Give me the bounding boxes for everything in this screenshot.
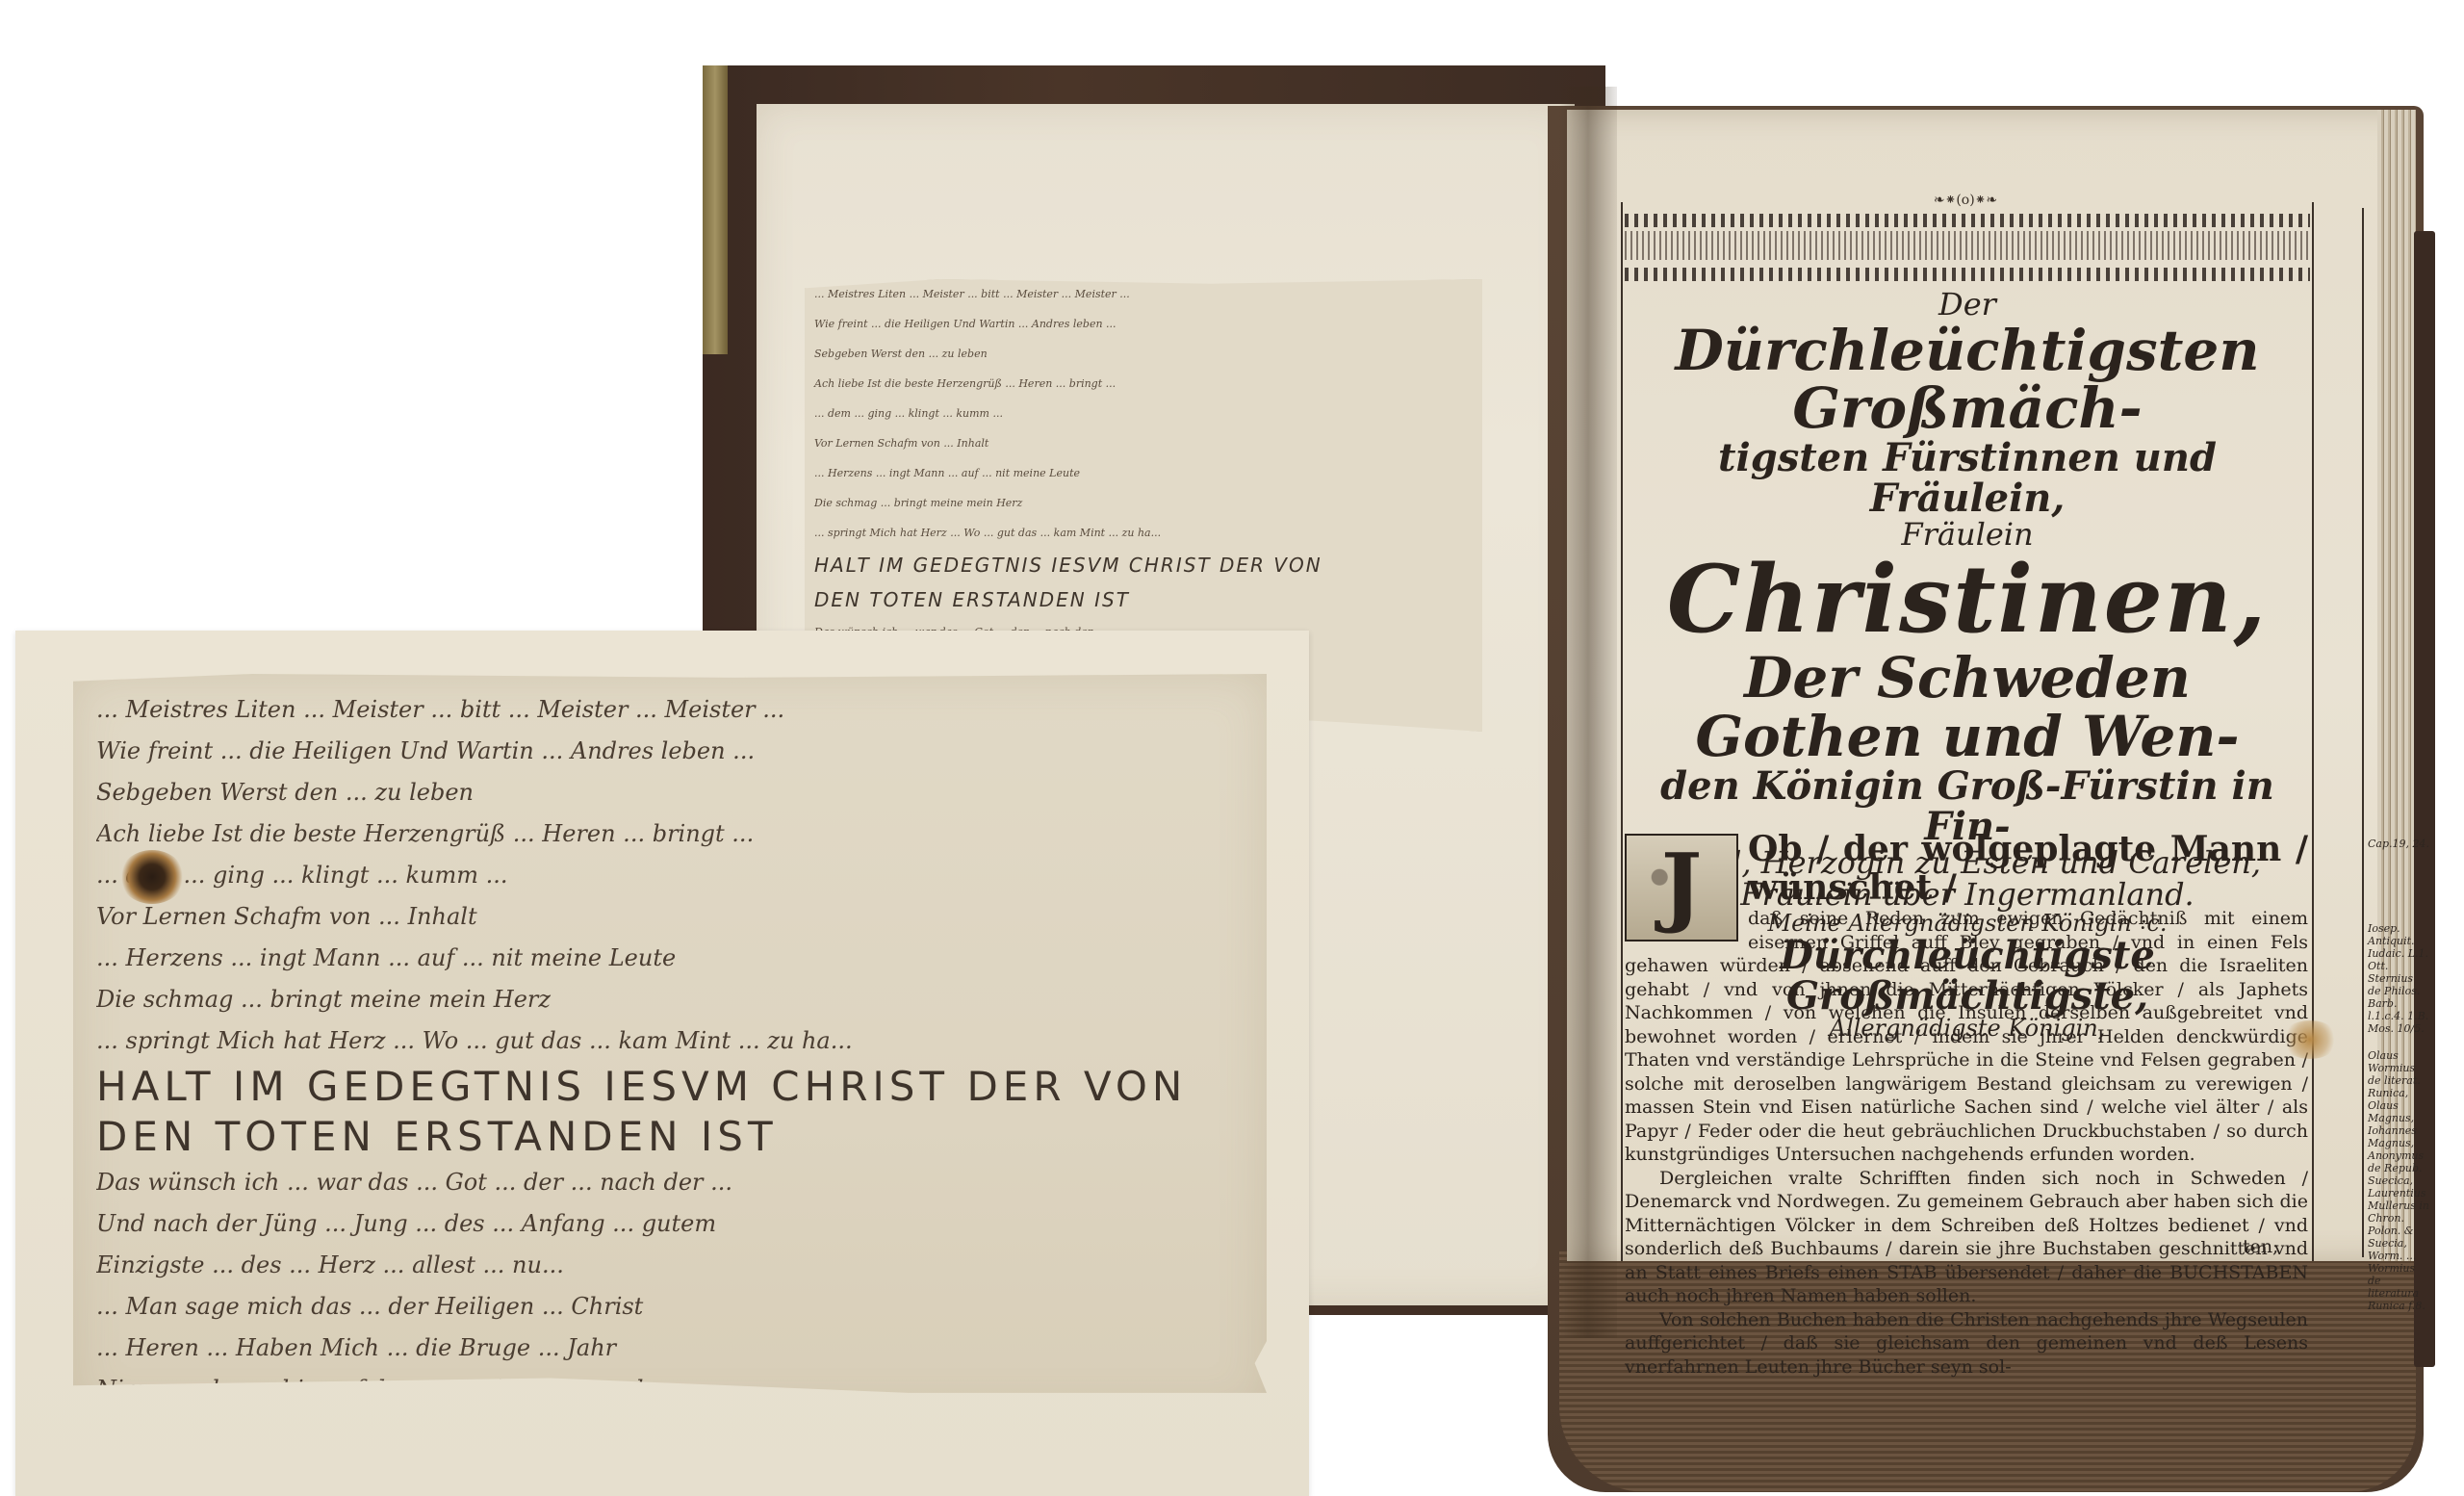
handwriting-line: ... Herzens ... ingt Mann ... auf ... ni… (96, 938, 1247, 979)
title-line: tigsten Fürstinnen und Fräulein, (1625, 438, 2310, 519)
paragraph: daß seine Reden zum ewigen Gedächtniß mi… (1625, 908, 2308, 1165)
handwriting-line: ... Meistres Liten ... Meister ... bitt … (96, 689, 1247, 731)
handwriting-line: ... dem ... ging ... klingt ... kumm ... (96, 855, 1247, 896)
handwriting-line: Ach liebe Ist die beste Herzengrüß ... H… (805, 369, 1482, 399)
ink-blot (119, 850, 185, 904)
capitals-line: HALT IM GEDEGTNIS IESVM CHRIST DER VON (96, 1062, 1247, 1112)
handwriting-line: Und nach der Jüng ... Jung ... des ... A… (96, 1203, 1247, 1245)
title-line: Dürchleüchtigsten Großmäch- (1625, 322, 2310, 439)
handwriting-line: Sebgeben Werst den ... zu leben (805, 339, 1482, 369)
printed-body-text: J Ob / der wolgeplagte Mann / wünschet /… (1625, 830, 2308, 1379)
capitals-line: DEN TOTEN ERSTANDEN IST (96, 1112, 1247, 1162)
foxing-stain (2281, 1020, 2339, 1059)
handwriting-line: Ach liebe Ist die beste Herzengrüß ... H… (96, 813, 1247, 855)
capitals-line: HALT IM GEDEGTNIS IESVM CHRIST DER VON (805, 548, 1482, 582)
handwriting-line: ... dem ... ging ... klingt ... kumm ... (805, 399, 1482, 428)
brass-corner-fitting (703, 65, 728, 354)
handwriting-line: Vor Lernen Schafm von ... Inhalt (805, 428, 1482, 458)
paragraph: Dergleichen vralte Schrifften finden sic… (1625, 1167, 2308, 1308)
handwriting-line: ... Man sage mich das ... der Heiligen .… (96, 1286, 1247, 1328)
handwriting-line: Wie freint ... die Heiligen Und Wartin .… (805, 309, 1482, 339)
handwriting-line: Sebgeben Werst den ... zu leben (96, 772, 1247, 813)
capitals-line: DEN TOTEN ERSTANDEN IST (805, 582, 1482, 617)
handwriting-line: Die schmag ... bringt meine mein Herz (805, 488, 1482, 518)
decorative-border-band (1625, 214, 2310, 281)
handwriting-line: ... Heren ... Haben Mich ... die Bruge .… (96, 1328, 1247, 1369)
handwriting-line: ... Meistres Liten ... Meister ... bitt … (805, 279, 1482, 309)
marginal-note: Cap.19, 24. (2368, 838, 2429, 850)
catchword: ten; (2243, 1236, 2279, 1257)
handwriting-line: ... springt Mich hat Herz ... Wo ... gut… (96, 1020, 1247, 1062)
marginal-note: Olaus Wormius de literat. Runica, Olaus … (2368, 1049, 2429, 1312)
header-ornament: ❧⁕(o)⁕❧ (1621, 193, 2310, 208)
handwriting-line: Das wünsch ich ... war das ... Got ... d… (96, 1162, 1247, 1203)
marginal-rule (2362, 208, 2364, 1257)
handwriting-line: ... springt Mich hat Herz ... Wo ... gut… (805, 518, 1482, 548)
handwriting-line: Die schmag ... bringt meine mein Herz (96, 979, 1247, 1020)
enlarged-handwritten-note: ... Meistres Liten ... Meister ... bitt … (73, 674, 1267, 1415)
handwriting-line: Wie freint ... die Heiligen Und Wartin .… (96, 731, 1247, 772)
historiated-initial: J (1625, 834, 1738, 941)
handwriting-line: Einzigste ... des ... Herz ... allest ..… (96, 1245, 1247, 1286)
handwriting-line: ... Herzens ... ingt Mann ... auf ... ni… (805, 458, 1482, 488)
title-line: Der (1625, 289, 2310, 322)
title-name: Christinen, (1625, 552, 2310, 649)
gutter-shadow (1559, 87, 1617, 1338)
paragraph: Von solchen Buchen haben die Christen na… (1625, 1308, 2308, 1380)
handwriting-block: ... Meistres Liten ... Meister ... bitt … (96, 689, 1247, 1452)
handwriting-line: Vor Lernen Schafm von ... Inhalt (96, 896, 1247, 938)
marginal-note: Iosep. Antiquit. Iudaic. L.1. Ott. Stern… (2368, 922, 2429, 1035)
title-line: Der Schweden Gothen und Wen- (1625, 649, 2310, 766)
